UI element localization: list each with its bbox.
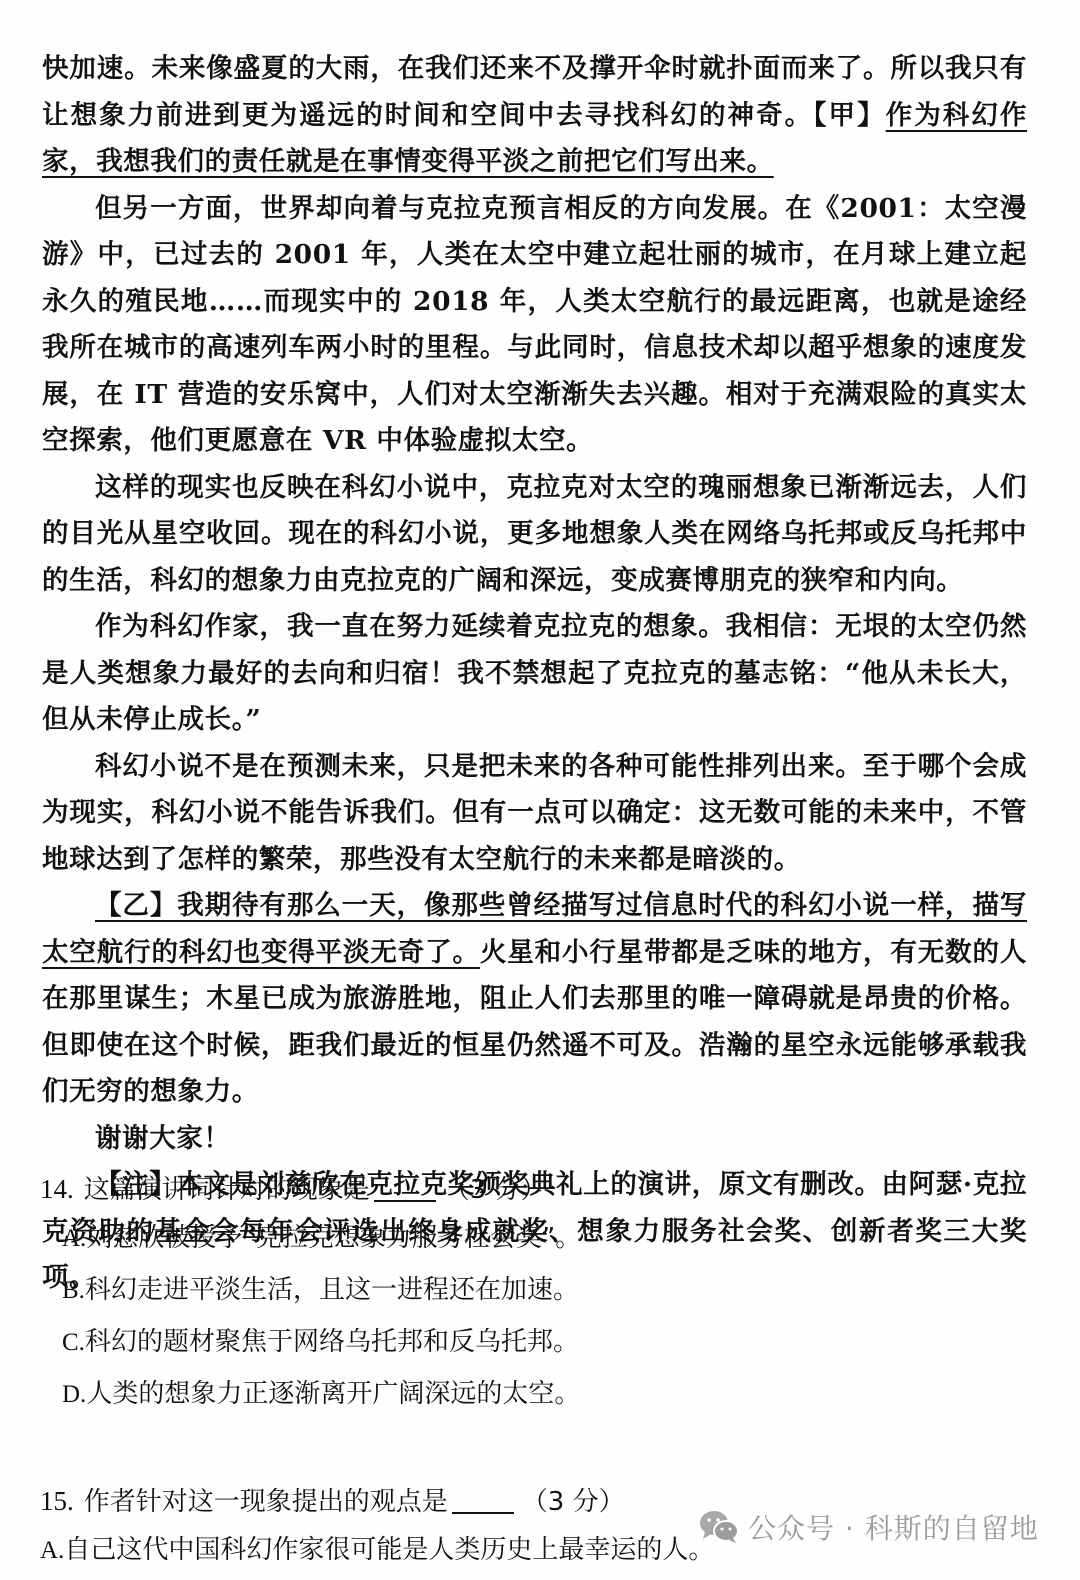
option-text: 人类的想象力正逐渐离开广阔深远的太空。: [86, 1379, 580, 1409]
question-text: 这篇演讲词针对的现象是: [84, 1175, 370, 1205]
answer-blank[interactable]: [374, 1170, 436, 1202]
passage-paragraph-4: 作为科幻作家，我一直在努力延续着克拉克的想象。我相信：无垠的太空仍然是人类想象力…: [42, 604, 1027, 744]
option-text: 自己这代中国科幻作家很可能是人类历史上最幸运的人。: [64, 1535, 714, 1565]
passage-text: 谢谢大家！: [95, 1123, 231, 1154]
passage-text: 作为科幻作家，我一直在努力延续着克拉克的想象。我相信：无垠的太空仍然是人类想象力…: [42, 611, 1027, 735]
passage-paragraph-1: 快加速。未来像盛夏的大雨，在我们还来不及撑开伞时就扑面而来了。所以我只有让想象力…: [42, 46, 1027, 186]
wechat-icon: [698, 1508, 740, 1546]
question-14: 14.这篇演讲词针对的现象是（3 分） A.刘慈欣被授予“克拉克想象力服务社会奖…: [40, 1166, 1040, 1420]
watermark-text: 公众号 · 科斯的自留地: [748, 1507, 1039, 1547]
option-letter: D.: [62, 1381, 86, 1408]
option-text: 刘慈欣被授予“克拉克想象力服务社会奖”。: [86, 1223, 581, 1253]
question-stem: 14.这篇演讲词针对的现象是（3 分）: [40, 1166, 1040, 1212]
option-letter: A.: [40, 1537, 64, 1564]
option-c[interactable]: C.科幻的题材聚焦于网络乌托邦和反乌托邦。: [40, 1316, 1040, 1368]
option-letter: C.: [62, 1329, 85, 1356]
option-text: 科幻走进平淡生活，且这一进程还在加速。: [85, 1275, 579, 1305]
option-d[interactable]: D.人类的想象力正逐渐离开广阔深远的太空。: [40, 1368, 1040, 1420]
passage-text: 科幻小说不是在预测未来，只是把未来的各种可能性排列出来。至于哪个会成为现实，科幻…: [42, 751, 1027, 875]
option-letter: B.: [62, 1277, 85, 1304]
reading-passage: 快加速。未来像盛夏的大雨，在我们还来不及撑开伞时就扑面而来了。所以我只有让想象力…: [42, 46, 1027, 1302]
passage-paragraph-closing: 谢谢大家！: [42, 1116, 1027, 1163]
question-score: （3 分）: [444, 1175, 547, 1205]
watermark: 公众号 · 科斯的自留地: [698, 1507, 1039, 1547]
passage-paragraph-3: 这样的现实也反映在科幻小说中，克拉克对太空的瑰丽想象已渐渐远去，人们的目光从星空…: [42, 465, 1027, 605]
answer-blank[interactable]: [452, 1482, 514, 1514]
exam-page: 快加速。未来像盛夏的大雨，在我们还来不及撑开伞时就扑面而来了。所以我只有让想象力…: [0, 0, 1080, 1580]
passage-text: 快加速。未来像盛夏的大雨，在我们还来不及撑开伞时就扑面而来了。所以我只有让想象力…: [42, 53, 1027, 131]
question-number: 15.: [40, 1478, 74, 1524]
passage-paragraph-2: 但另一方面，世界却向着与克拉克预言相反的方向发展。在《2001：太空漫游》中，已…: [42, 186, 1027, 465]
option-text: 科幻的题材聚焦于网络乌托邦和反乌托邦。: [85, 1327, 579, 1357]
option-b[interactable]: B.科幻走进平淡生活，且这一进程还在加速。: [40, 1264, 1040, 1316]
passage-text: 但另一方面，世界却向着与克拉克预言相反的方向发展。在《2001：太空漫游》中，已…: [42, 193, 1027, 457]
passage-paragraph-6: 【乙】我期待有那么一天，像那些曾经描写过信息时代的科幻小说一样，描写太空航行的科…: [42, 883, 1027, 1116]
option-letter: A.: [62, 1225, 86, 1252]
question-number: 14.: [40, 1166, 74, 1212]
question-score: （3 分）: [522, 1487, 625, 1517]
question-text: 作者针对这一现象提出的观点是: [84, 1487, 448, 1517]
passage-paragraph-5: 科幻小说不是在预测未来，只是把未来的各种可能性排列出来。至于哪个会成为现实，科幻…: [42, 744, 1027, 884]
passage-text: 这样的现实也反映在科幻小说中，克拉克对太空的瑰丽想象已渐渐远去，人们的目光从星空…: [42, 472, 1027, 596]
option-a[interactable]: A.刘慈欣被授予“克拉克想象力服务社会奖”。: [40, 1212, 1040, 1264]
